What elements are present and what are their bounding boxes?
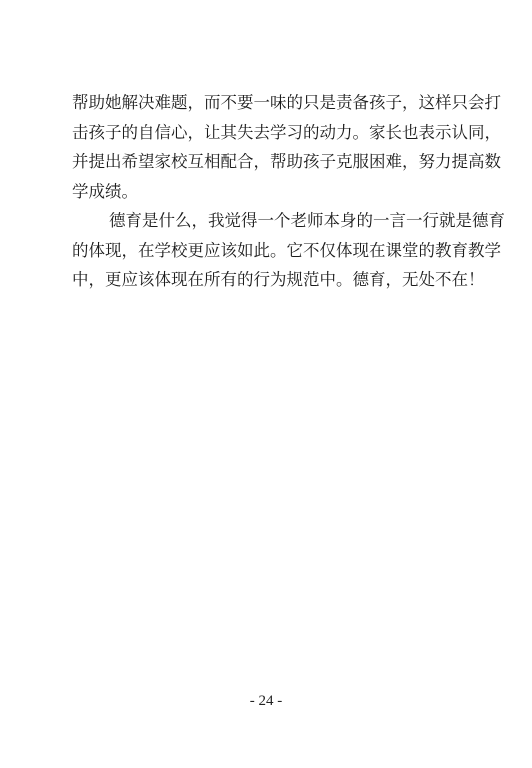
text-line: 学成绩。: [72, 177, 462, 207]
paragraph-2: 德育是什么，我觉得一个老师本身的一言一行就是德育 的体现，在学校更应该如此。它不…: [72, 206, 462, 295]
text-line: 并提出希望家校互相配合，帮助孩子克服困难，努力提高数: [72, 147, 462, 177]
page-number: - 24 -: [0, 693, 532, 710]
text-line: 帮助她解决难题，而不要一味的只是责备孩子，这样只会打: [72, 88, 462, 118]
text-line: 德育是什么，我觉得一个老师本身的一言一行就是德育: [72, 206, 462, 236]
document-page: 帮助她解决难题，而不要一味的只是责备孩子，这样只会打 击孩子的自信心，让其失去学…: [0, 0, 532, 768]
body-text: 帮助她解决难题，而不要一味的只是责备孩子，这样只会打 击孩子的自信心，让其失去学…: [72, 88, 462, 295]
text-line: 的体现，在学校更应该如此。它不仅体现在课堂的教育教学: [72, 236, 462, 266]
text-line: 中，更应该体现在所有的行为规范中。德育，无处不在！: [72, 265, 462, 295]
paragraph-1: 帮助她解决难题，而不要一味的只是责备孩子，这样只会打 击孩子的自信心，让其失去学…: [72, 88, 462, 206]
text-line: 击孩子的自信心，让其失去学习的动力。家长也表示认同，: [72, 118, 462, 148]
